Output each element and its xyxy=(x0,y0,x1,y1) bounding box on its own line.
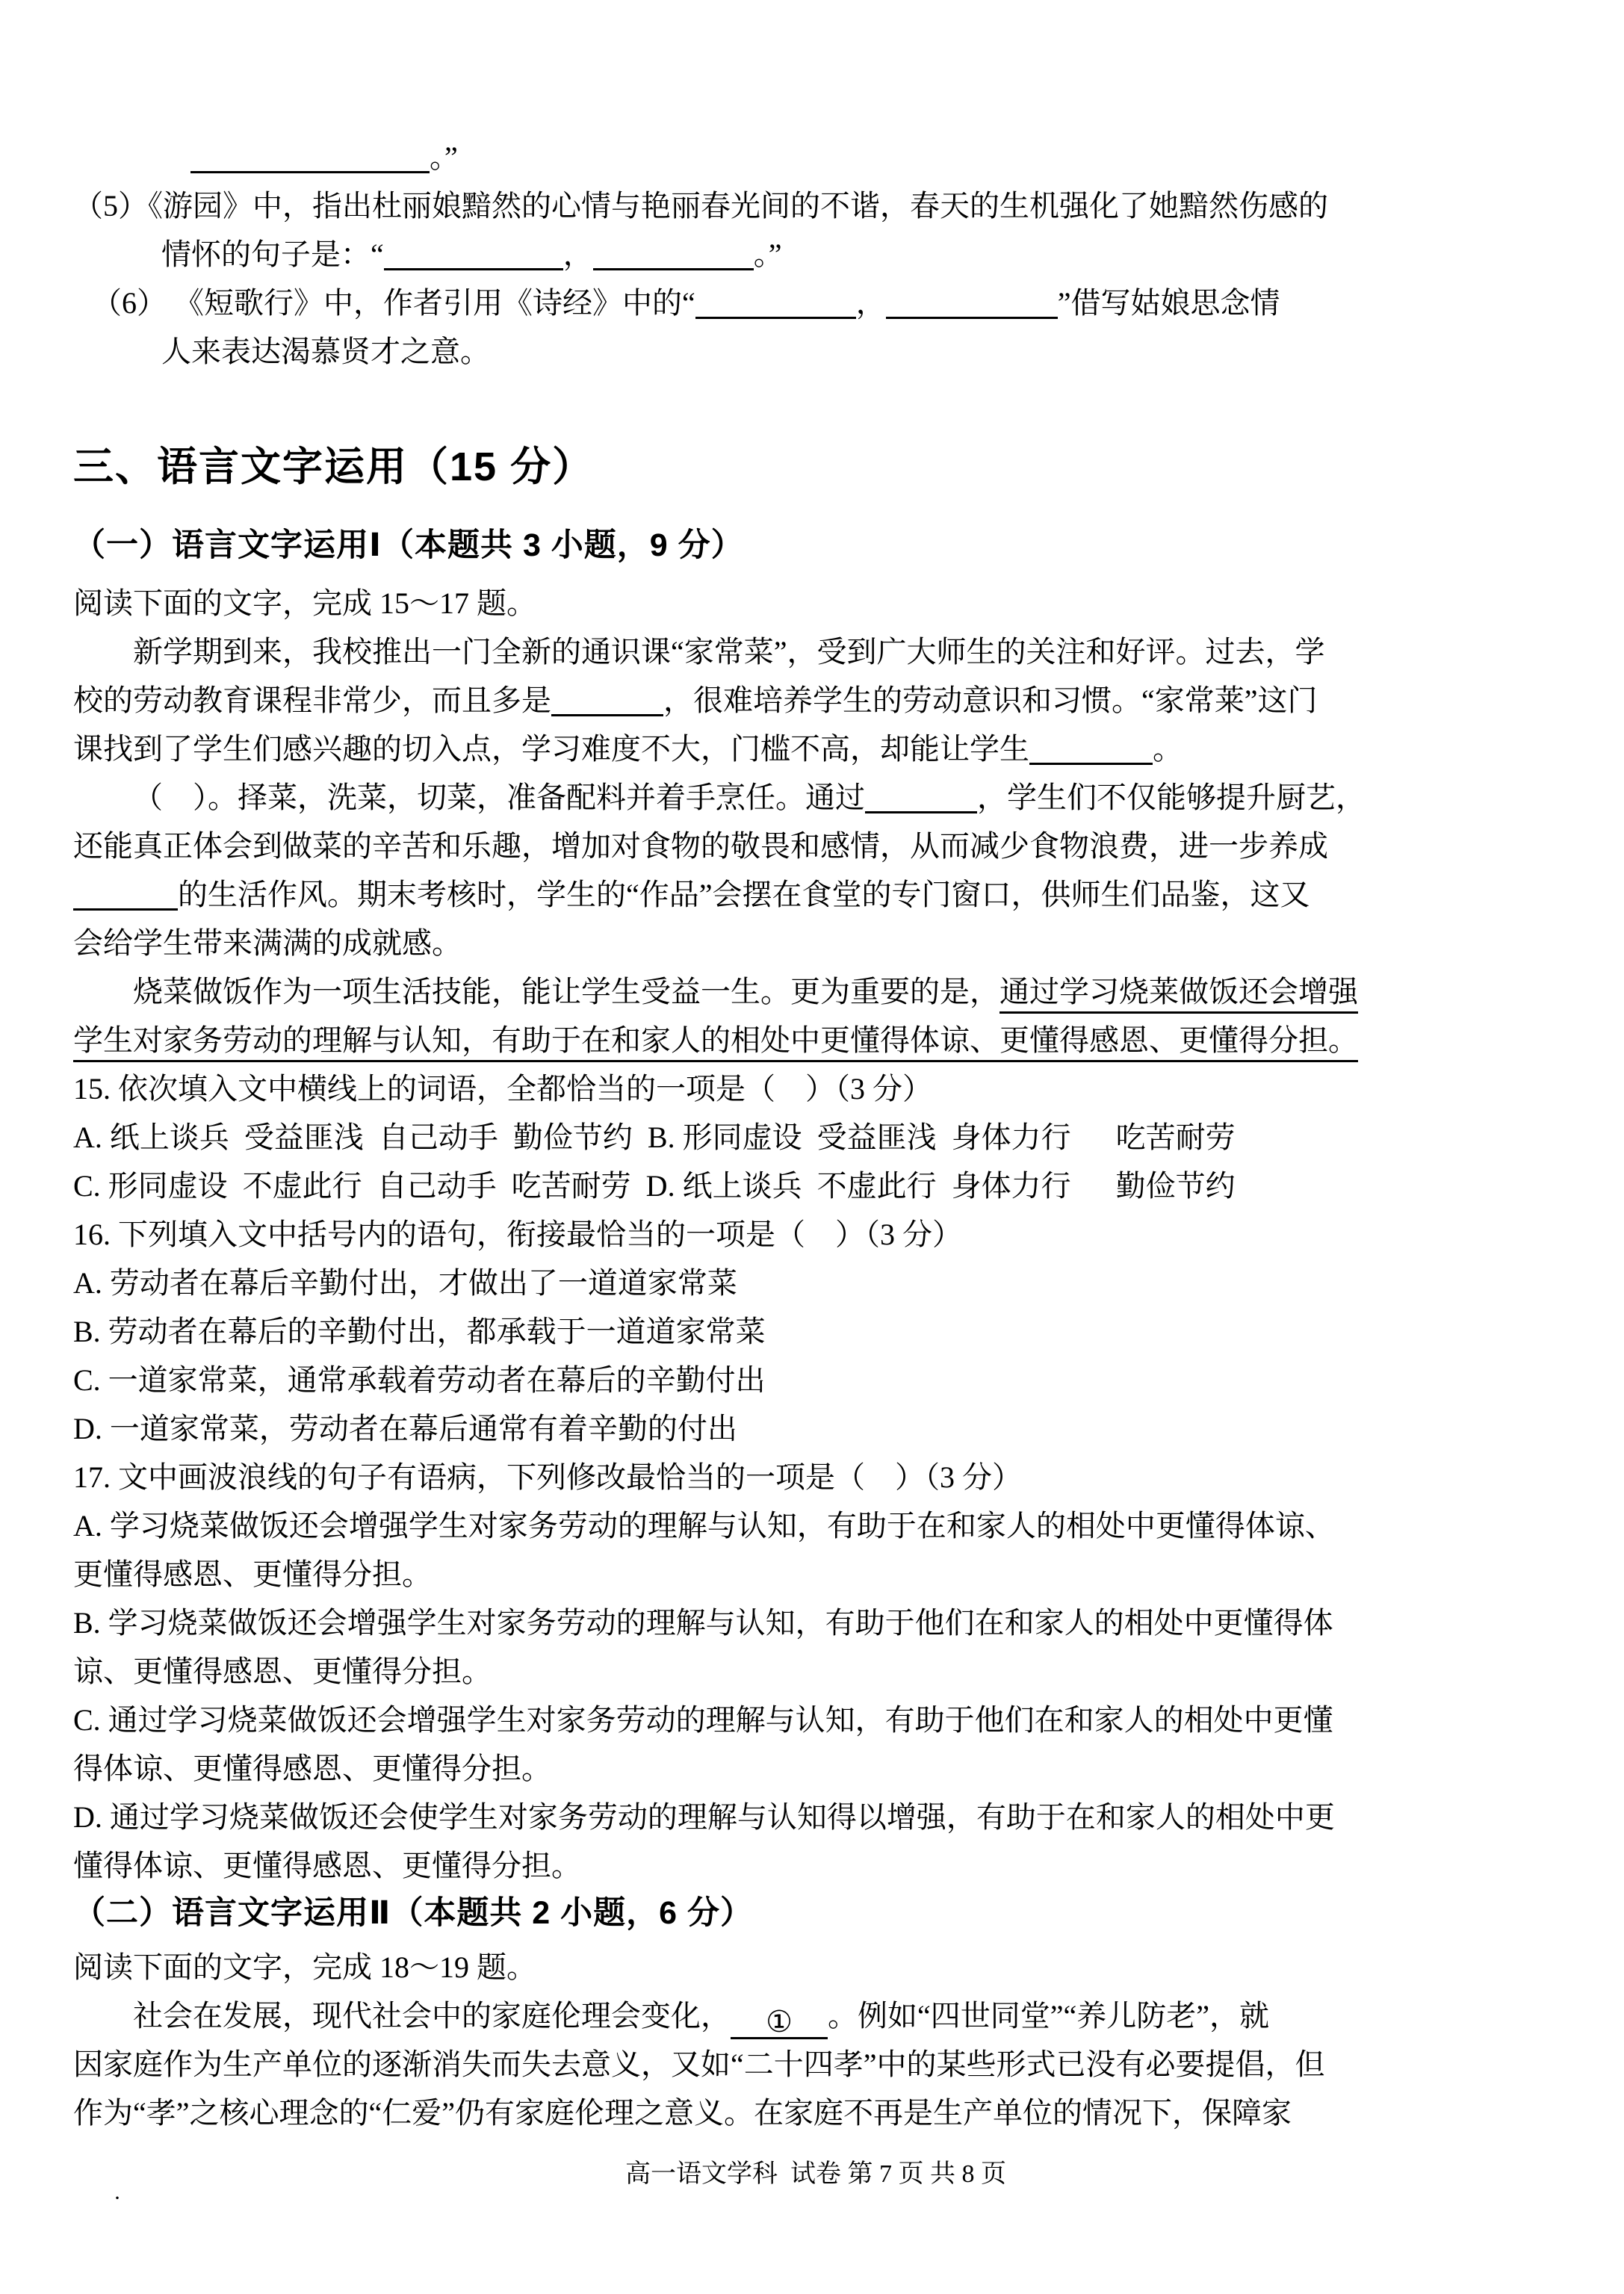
text-line: 17. 文中画波浪线的句子有语病，下列修改最恰当的一项是（ ）（3 分） xyxy=(73,1453,1558,1501)
fill-in-blank xyxy=(73,874,178,911)
text-segment: B. 学习烧菜做饭还会增强学生对家务劳动的理解与认知，有助于他们在和家人的相处中… xyxy=(73,1606,1333,1640)
text-segment: ，很难培养学生的劳动意识和习惯。“家常莱”这门 xyxy=(663,683,1318,717)
fill-in-blank xyxy=(551,680,663,716)
text-line: 烧菜做饭作为一项生活技能，能让学生受益一生。更为重要的是，通过学习烧莱做饭还会增… xyxy=(73,967,1558,1016)
text-line: A. 纸上谈兵 受益匪浅 自己动手 勤俭节约 B. 形同虚设 受益匪浅 身体力行… xyxy=(73,1113,1558,1162)
fill-in-blank xyxy=(190,137,430,173)
fill-in-blank xyxy=(865,777,977,813)
fill-in-blank xyxy=(695,282,856,319)
text-segment: 人来表达渴慕贤才之意。 xyxy=(161,335,490,368)
text-segment: A. 学习烧菜做饭还会增强学生对家务劳动的理解与认知，有助于在和家人的相处中更懂… xyxy=(73,1509,1335,1543)
text-segment: ，学生们不仅能够提升厨艺， xyxy=(977,781,1366,814)
text-line: 谅、更懂得感恩、更懂得分担。 xyxy=(73,1647,1558,1696)
text-line: （5）《游园》中，指出杜丽娘黯然的心情与艳丽春光间的不谐，春天的生机强化了她黯然… xyxy=(73,182,1558,230)
text-segment: 谅、更懂得感恩、更懂得分担。 xyxy=(73,1655,492,1688)
text-line: B. 学习烧菜做饭还会增强学生对家务劳动的理解与认知，有助于他们在和家人的相处中… xyxy=(73,1599,1558,1647)
text-segment: （6） 《短歌行》中，作者引用《诗经》中的“ xyxy=(92,286,695,320)
fill-in-blank xyxy=(384,234,563,270)
text-line: B. 劳动者在幕后的辛勤付出，都承载于一道道家常菜 xyxy=(73,1307,1558,1356)
text-line: 的生活作风。期末考核时，学生的“作品”会摆在食堂的专门窗口，供师生们品鉴，这又 xyxy=(73,870,1558,919)
text-line: 社会在发展，现代社会中的家庭伦理会变化，①。例如“四世同堂”“养儿防老”，就 xyxy=(73,1991,1558,2040)
text-line: C. 形同虚设 不虚此行 自己动手 吃苦耐劳 D. 纸上谈兵 不虚此行 身体力行… xyxy=(73,1162,1558,1210)
text-segment: 作为“孝”之核心理念的“仁爱”仍有家庭伦理之意义。在家庭不再是生产单位的情况下，… xyxy=(73,2096,1292,2130)
text-line: D. 一道家常菜，劳动者在幕后通常有着辛勤的付出 xyxy=(73,1404,1558,1453)
text-line: A. 学习烧菜做饭还会增强学生对家务劳动的理解与认知，有助于在和家人的相处中更懂… xyxy=(73,1501,1558,1550)
text-line: 校的劳动教育课程非常少，而且多是，很难培养学生的劳动意识和习惯。“家常莱”这门 xyxy=(73,676,1558,725)
text-segment: D. 通过学习烧菜做饭还会使学生对家务劳动的理解与认知得以增强，有助于在和家人的… xyxy=(73,1800,1335,1834)
exam-text-content: 。”（5）《游园》中，指出杜丽娘黯然的心情与艳丽春光间的不谐，春天的生机强化了她… xyxy=(73,133,1558,2205)
text-line: 懂得体谅、更懂得感恩、更懂得分担。 xyxy=(73,1841,1558,1890)
text-segment: 更懂得感恩、更懂得分担。 xyxy=(73,1557,432,1591)
text-segment: （ ）。择菜，洗菜，切菜，准备配料并着手烹任。通过 xyxy=(133,781,865,814)
text-segment: 社会在发展，现代社会中的家庭伦理会变化， xyxy=(133,1999,731,2033)
text-segment: 因家庭作为生产单位的逐渐消失而失去意义，又如“二十四孝”中的某些形式已没有必要提… xyxy=(73,2047,1325,2081)
text-segment: （二）语言文字运用Ⅱ（本题共 2 小题，6 分） xyxy=(73,1895,753,1931)
text-segment: C. 通过学习烧菜做饭还会增强学生对家务劳动的理解与认知，有助于他们在和家人的相… xyxy=(73,1703,1333,1737)
text-segment: 。例如“四世同堂”“养儿防老”，就 xyxy=(828,1999,1269,2033)
text-segment: C. 一道家常菜，通常承载着劳动者在幕后的辛勤付出 xyxy=(73,1363,766,1397)
text-line: 更懂得感恩、更懂得分担。 xyxy=(73,1550,1558,1599)
text-line: （二）语言文字运用Ⅱ（本题共 2 小题，6 分） xyxy=(73,1891,1558,1940)
text-line: 作为“孝”之核心理念的“仁爱”仍有家庭伦理之意义。在家庭不再是生产单位的情况下，… xyxy=(73,2089,1558,2137)
text-segment: 课找到了学生们感兴趣的切入点，学习难度不大，门槛不高，却能让学生 xyxy=(73,732,1029,766)
text-segment: 15. 依次填入文中横线上的词语，全都恰当的一项是（ ）（3 分） xyxy=(73,1072,932,1106)
underlined-segment: 学生对家务劳动的理解与认知，有助于在和家人的相处中更懂得体谅、更懂得感恩、更懂得… xyxy=(73,1023,1358,1057)
text-segment: ”借写姑娘思念情 xyxy=(1058,286,1280,320)
text-segment: 会给学生带来满满的成就感。 xyxy=(73,926,462,960)
text-line: 三、语言文字运用（15 分） xyxy=(73,439,1558,495)
text-segment: 情怀的句子是：“ xyxy=(161,238,384,271)
text-segment: 校的劳动教育课程非常少，而且多是 xyxy=(73,683,551,717)
text-segment: 得体谅、更懂得感恩、更懂得分担。 xyxy=(73,1752,551,1785)
text-line: 15. 依次填入文中横线上的词语，全都恰当的一项是（ ）（3 分） xyxy=(73,1064,1558,1113)
text-segment: 新学期到来，我校推出一门全新的通识课“家常菜”，受到广大师生的关注和好评。过去，… xyxy=(133,635,1325,669)
fill-in-blank: ① xyxy=(731,2003,828,2039)
text-segment: A. 纸上谈兵 受益匪浅 自己动手 勤俭节约 B. 形同虚设 受益匪浅 身体力行… xyxy=(73,1120,1236,1154)
page-footer: 高一语文学科 试卷 第 7 页 共 8 页 xyxy=(73,2157,1558,2205)
text-line: 得体谅、更懂得感恩、更懂得分担。 xyxy=(73,1744,1558,1793)
text-line: 新学期到来，我校推出一门全新的通识课“家常菜”，受到广大师生的关注和好评。过去，… xyxy=(73,627,1558,676)
text-segment: ， xyxy=(856,286,886,320)
text-line: （6） 《短歌行》中，作者引用《诗经》中的“，”借写姑娘思念情 xyxy=(73,279,1558,327)
text-segment: （5）《游园》中，指出杜丽娘黯然的心情与艳丽春光间的不谐，春天的生机强化了她黯然… xyxy=(73,189,1328,223)
text-line: A. 劳动者在幕后辛勤付出，才做出了一道道家常菜 xyxy=(73,1259,1558,1307)
text-segment: 的生活作风。期末考核时，学生的“作品”会摆在食堂的专门窗口，供师生们品鉴，这又 xyxy=(178,878,1310,911)
text-segment: 。 xyxy=(1153,732,1183,766)
text-segment: 17. 文中画波浪线的句子有语病，下列修改最恰当的一项是（ ）（3 分） xyxy=(73,1460,1022,1494)
text-line: C. 通过学习烧菜做饭还会增强学生对家务劳动的理解与认知，有助于他们在和家人的相… xyxy=(73,1696,1558,1744)
text-line: C. 一道家常菜，通常承载着劳动者在幕后的辛勤付出 xyxy=(73,1356,1558,1404)
text-segment: 烧菜做饭作为一项生活技能，能让学生受益一生。更为重要的是， xyxy=(133,975,999,1008)
text-segment: 。” xyxy=(754,238,782,271)
text-line: 课找到了学生们感兴趣的切入点，学习难度不大，门槛不高，却能让学生。 xyxy=(73,725,1558,773)
text-segment: 阅读下面的文字，完成 15～17 题。 xyxy=(73,586,536,620)
text-segment: 阅读下面的文字，完成 18～19 题。 xyxy=(73,1950,536,1984)
text-line: D. 通过学习烧菜做饭还会使学生对家务劳动的理解与认知得以增强，有助于在和家人的… xyxy=(73,1793,1558,1841)
fill-in-blank xyxy=(1029,728,1153,765)
text-line: 人来表达渴慕贤才之意。 xyxy=(73,327,1558,376)
text-line: （ ）。择菜，洗菜，切菜，准备配料并着手烹任。通过，学生们不仅能够提升厨艺， xyxy=(73,773,1558,822)
text-segment: 还能真正体会到做菜的辛苦和乐趣，增加对食物的敬畏和感情，从而减少食物浪费，进一步… xyxy=(73,829,1328,863)
fill-in-blank xyxy=(593,234,754,270)
text-segment: （一）语言文字运用Ⅰ（本题共 3 小题，9 分） xyxy=(73,527,744,563)
text-segment: B. 劳动者在幕后的辛勤付出，都承载于一道道家常菜 xyxy=(73,1315,766,1348)
text-segment: 三、语言文字运用（15 分） xyxy=(73,444,594,489)
text-segment: A. 劳动者在幕后辛勤付出，才做出了一道道家常菜 xyxy=(73,1266,737,1300)
text-segment: ， xyxy=(563,238,593,271)
text-line: 阅读下面的文字，完成 18～19 题。 xyxy=(73,1943,1558,1991)
text-line: 还能真正体会到做菜的辛苦和乐趣，增加对食物的敬畏和感情，从而减少食物浪费，进一步… xyxy=(73,822,1558,870)
text-segment: C. 形同虚设 不虚此行 自己动手 吃苦耐劳 D. 纸上谈兵 不虚此行 身体力行… xyxy=(73,1169,1236,1203)
text-line: 会给学生带来满满的成就感。 xyxy=(73,919,1558,967)
stray-ink-mark: · xyxy=(114,2187,121,2210)
text-line: 。” xyxy=(73,133,1558,182)
exam-paper-page: 。”（5）《游园》中，指出杜丽娘黯然的心情与艳丽春光间的不谐，春天的生机强化了她… xyxy=(0,0,1624,2294)
text-line: 阅读下面的文字，完成 15～17 题。 xyxy=(73,579,1558,627)
fill-in-blank xyxy=(886,282,1058,319)
text-segment: D. 一道家常菜，劳动者在幕后通常有着辛勤的付出 xyxy=(73,1412,737,1445)
text-line: 16. 下列填入文中括号内的语句，衔接最恰当的一项是（ ）（3 分） xyxy=(73,1210,1558,1259)
text-segment: 16. 下列填入文中括号内的语句，衔接最恰当的一项是（ ）（3 分） xyxy=(73,1218,962,1251)
underlined-segment: 通过学习烧莱做饭还会增强 xyxy=(999,975,1358,1008)
text-line: （一）语言文字运用Ⅰ（本题共 3 小题，9 分） xyxy=(73,524,1558,572)
text-line: 情怀的句子是：“，。” xyxy=(73,230,1558,279)
text-line: 学生对家务劳动的理解与认知，有助于在和家人的相处中更懂得体谅、更懂得感恩、更懂得… xyxy=(73,1016,1558,1064)
text-segment: 懂得体谅、更懂得感恩、更懂得分担。 xyxy=(73,1849,581,1882)
text-segment: 。” xyxy=(430,140,458,174)
text-line: 因家庭作为生产单位的逐渐消失而失去意义，又如“二十四孝”中的某些形式已没有必要提… xyxy=(73,2040,1558,2089)
